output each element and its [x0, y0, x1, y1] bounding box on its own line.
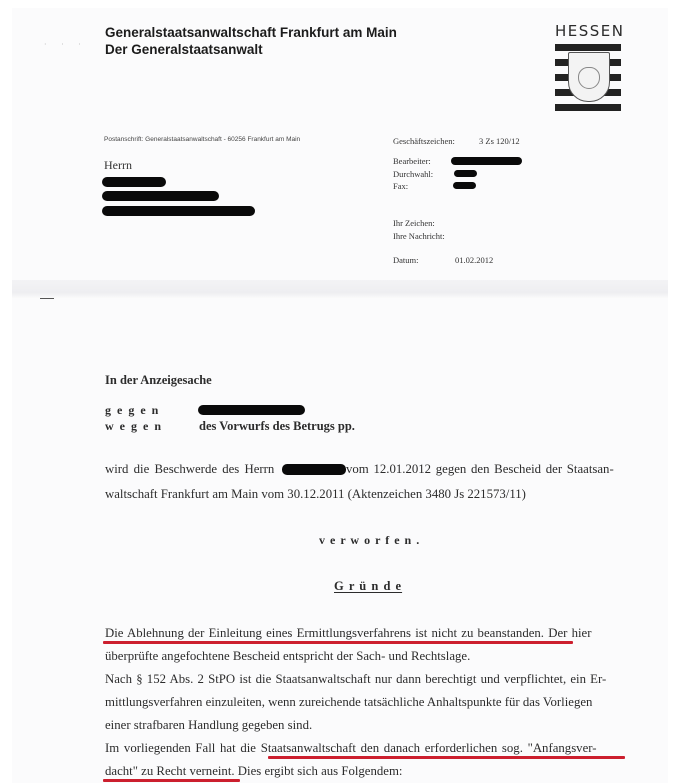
reference-value: 3 Zs 120/12 — [479, 136, 520, 146]
crest-shield-icon — [568, 52, 610, 102]
red-underline — [103, 779, 240, 782]
highlighted-text: Staatsanwaltschaft den danach erforderli… — [261, 741, 597, 755]
reason-line-1: Die Ablehnung der Einleitung eines Ermit… — [105, 626, 592, 641]
letterhead: Generalstaatsanwaltschaft Frankfurt am M… — [105, 24, 397, 58]
your-message-label: Ihre Nachricht: — [393, 231, 445, 241]
meta-reference: Geschäftszeichen: 3 Zs 120/12 — [393, 136, 455, 146]
verdict: v e r w o r f e n . — [319, 533, 420, 548]
against-label: g e g e n — [105, 403, 160, 418]
meta-fax: Fax: — [393, 181, 408, 191]
reasons-heading: G r ü n d e — [334, 579, 402, 594]
redacted-complainant — [282, 464, 346, 475]
date-value: 01.02.2012 — [455, 255, 493, 265]
redacted-accused — [198, 405, 305, 415]
coat-of-arms-icon — [555, 44, 621, 112]
hessen-logo: HESSEN — [555, 22, 621, 112]
date-label: Datum: — [393, 255, 419, 265]
redacted-phone — [454, 170, 477, 177]
case-title: In der Anzeigesache — [105, 373, 212, 388]
reference-label: Geschäftszeichen: — [393, 136, 455, 146]
reason-line-2: überprüfte angefochtene Bescheid entspri… — [105, 649, 470, 664]
decision-line-2: waltschaft Frankfurt am Main vom 30.12.2… — [105, 487, 526, 502]
fax-label: Fax: — [393, 181, 408, 191]
highlighted-text: dacht" zu Recht verneint. — [105, 764, 235, 778]
org-name: Generalstaatsanwaltschaft Frankfurt am M… — [105, 24, 397, 41]
addressee-salutation: Herrn — [104, 158, 132, 173]
reason-line-5: einer strafbaren Handlung gegeben sind. — [105, 718, 312, 733]
phone-label: Durchwahl: — [393, 169, 433, 179]
postal-address: Postanschrift: Generalstaatsanwaltschaft… — [104, 136, 300, 143]
redacted-name — [102, 177, 166, 187]
letter-page — [12, 8, 668, 783]
redacted-fax — [453, 182, 476, 189]
meta-date: Datum: 01.02.2012 — [393, 255, 419, 265]
decision-line-1a: wird die Beschwerde des Herrn — [105, 462, 274, 477]
meta-phone: Durchwahl: — [393, 169, 433, 179]
paper-fold — [12, 280, 668, 298]
highlighted-text: Die Ablehnung der Einleitung eines Ermit… — [105, 626, 544, 640]
meta-your-reference: Ihr Zeichen: — [393, 218, 435, 228]
logo-text: HESSEN — [555, 22, 621, 40]
scan-specks: · · · — [44, 40, 87, 49]
redacted-city — [102, 206, 255, 216]
red-underline — [103, 641, 573, 644]
reason-line-4: mittlungsverfahren einzuleiten, wenn zur… — [105, 695, 592, 710]
meta-clerk: Bearbeiter: — [393, 156, 431, 166]
redacted-street — [102, 191, 219, 201]
decision-line-1b: vom 12.01.2012 gegen den Bescheid der St… — [346, 462, 614, 477]
reason-line-3: Nach § 152 Abs. 2 StPO ist die Staatsanw… — [105, 672, 606, 687]
reason-line-6: Im vorliegenden Fall hat die Staatsanwal… — [105, 741, 597, 756]
red-underline — [268, 756, 625, 759]
redacted-clerk — [451, 157, 522, 165]
regarding-value: des Vorwurfs des Betrugs pp. — [199, 419, 355, 434]
your-reference-label: Ihr Zeichen: — [393, 218, 435, 228]
meta-your-message: Ihre Nachricht: — [393, 231, 445, 241]
org-subtitle: Der Generalstaatsanwalt — [105, 41, 397, 58]
reason-line-7: dacht" zu Recht verneint. Dies ergibt si… — [105, 764, 402, 779]
fold-mark — [40, 298, 54, 299]
clerk-label: Bearbeiter: — [393, 156, 431, 166]
regarding-label: w e g e n — [105, 419, 163, 434]
